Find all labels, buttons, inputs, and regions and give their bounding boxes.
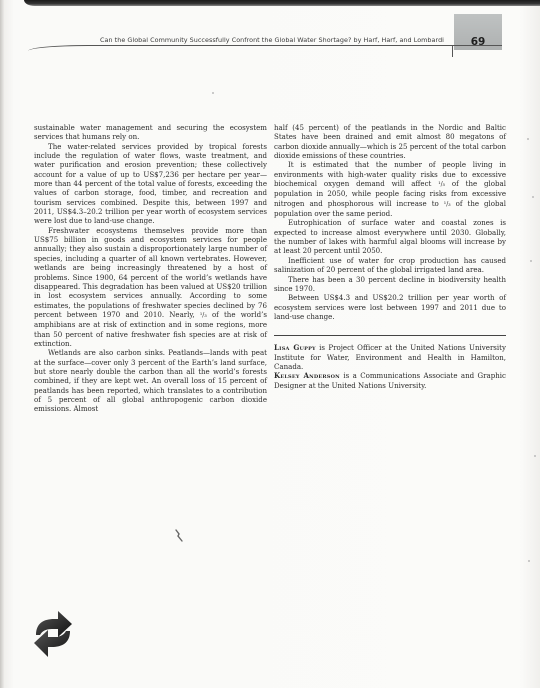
right-column: half (45 percent) of the peatlands in th… <box>274 123 506 390</box>
paragraph: Wetlands are also carbon sinks. Peatland… <box>34 348 267 413</box>
scan-speck <box>530 260 532 262</box>
paragraph: sustainable water management and securin… <box>34 123 267 142</box>
paragraph: Inefficient use of water for crop produc… <box>274 256 506 275</box>
scan-speck <box>212 92 214 94</box>
paragraph: Freshwater ecosystems themselves provide… <box>34 226 267 348</box>
text-run: Freshwater ecosystems themselves provide… <box>34 226 267 319</box>
author-name: Kelsey Anderson <box>274 371 340 380</box>
pen-mark <box>175 529 185 543</box>
paragraph: Between US$4.3 and US$20.2 trillion per … <box>274 293 506 321</box>
fraction: ¹/₃ <box>200 312 207 319</box>
scan-speck <box>527 138 529 140</box>
page-binding-edge <box>0 0 4 688</box>
header-divider-tick <box>452 45 453 57</box>
left-column: sustainable water management and securin… <box>34 123 267 414</box>
fraction: ¹/₃ <box>444 201 451 208</box>
header-rule <box>28 45 502 52</box>
scan-speck <box>534 455 536 457</box>
author-bio: Kelsey Anderson is a Communications Asso… <box>274 371 506 390</box>
paragraph: half (45 percent) of the peatlands in th… <box>274 123 506 160</box>
scan-speck <box>528 560 530 562</box>
paragraph: Eutrophication of surface water and coas… <box>274 218 506 255</box>
paragraph: It is estimated that the number of peopl… <box>274 160 506 218</box>
paragraph: There has been a 30 percent decline in b… <box>274 275 506 294</box>
scan-shadow <box>24 0 540 6</box>
author-name: Lisa Guppy <box>274 343 316 352</box>
paragraph: The water-related services provided by t… <box>34 142 267 226</box>
recycle-arrows-icon <box>32 607 74 661</box>
running-head: Can the Global Community Successfully Co… <box>0 36 444 44</box>
author-bio: Lisa Guppy is Project Officer at the Uni… <box>274 343 506 371</box>
book-page: Can the Global Community Successfully Co… <box>0 0 540 688</box>
scan-speck <box>532 196 534 198</box>
bio-divider <box>274 335 506 336</box>
